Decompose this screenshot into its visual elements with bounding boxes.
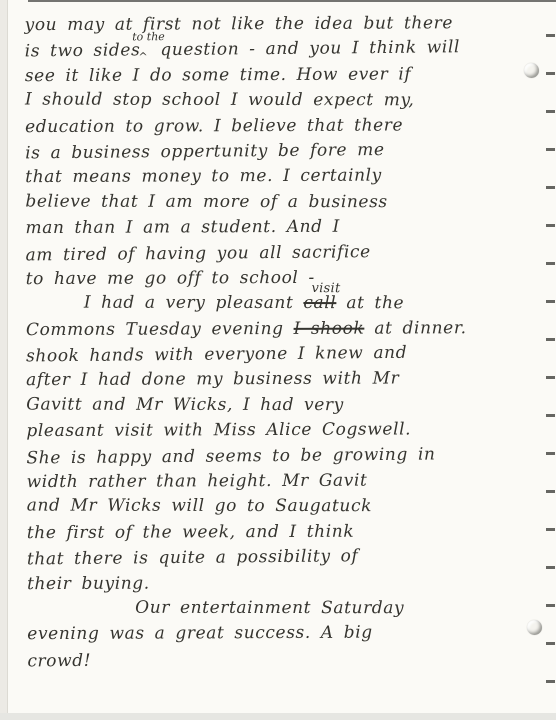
handwriting-line: to have me go off to school - [26, 265, 531, 293]
insertion-text: to the [132, 24, 165, 50]
caret-icon: ^ [138, 45, 148, 70]
struck-word: I shook [294, 318, 365, 338]
line-text: Our entertainment Saturday [135, 598, 404, 618]
handwriting-line: that there is quite a possibility of [27, 543, 532, 573]
handwriting-line: believe that I am more of a business [25, 189, 530, 215]
scanned-letter-screenshot: { "document": { "kind": "handwritten cur… [0, 0, 556, 720]
handwriting-line: see it like I do some time. How ever if [25, 62, 530, 90]
line-text: that means money to me. I certainly [25, 166, 382, 188]
handwriting-line: that means money to me. I certainly [25, 163, 530, 191]
letter-body: you may at first not like the idea but t… [25, 11, 533, 673]
handwriting-line: pleasant visit with Miss Alice Cogswell. [26, 417, 531, 445]
handwriting-line: She is happy and seems to be growing in [26, 441, 531, 471]
line-text: to have me go off to school - [26, 268, 315, 289]
handwriting-line: their buying. [27, 569, 532, 597]
line-text: question - and you I think will [160, 38, 460, 61]
handwriting-line: after I had done my business with Mr [26, 366, 531, 394]
line-text: width rather than height. Mr Gavit [27, 471, 368, 492]
line-text: after I had done my business with Mr [26, 369, 399, 391]
handwriting-line: man than I am a student. And I [25, 214, 530, 242]
handwriting-line: Our entertainment Saturday [27, 596, 532, 622]
handwriting-line: is two sidesto the^question - and you I … [25, 35, 530, 65]
letter-page: you may at first not like the idea but t… [0, 0, 556, 713]
handwriting-line: education to grow. I believe that there [25, 112, 530, 140]
line-text: is a business oppertunity be fore me [25, 140, 385, 163]
handwriting-line: crowd! [27, 644, 532, 674]
correction-superscript: visit [311, 276, 340, 301]
line-text: that there is quite a possibility of [27, 546, 359, 569]
line-text: She is happy and seems to be growing in [26, 444, 435, 468]
line-text: Gavitt and Mr Wicks, I had very [26, 394, 344, 415]
line-text: their buying. [27, 573, 150, 594]
handwriting-line: I had a very pleasant visitcall at the [26, 291, 531, 317]
line-text: shook hands with everyone I knew and [26, 343, 407, 367]
line-text: I should stop school I would expect my, [25, 90, 415, 111]
line-text: crowd! [27, 651, 91, 672]
line-text: man than I am a student. And I [25, 217, 340, 238]
handwriting-line: shook hands with everyone I knew and [26, 340, 531, 370]
line-text: at dinner. [364, 318, 466, 338]
handwriting-line: I should stop school I would expect my, [25, 88, 530, 114]
scan-edge-top [28, 0, 556, 2]
line-text: you may at first not like the idea but t… [25, 13, 453, 35]
handwriting-line: am tired of having you all sacrifice [26, 238, 531, 268]
handwriting-line: is a business oppertunity be fore me [25, 137, 530, 167]
correction: visitcall [303, 291, 336, 316]
handwriting-line: Gavitt and Mr Wicks, I had very [26, 392, 531, 418]
line-text: believe that I am more of a business [25, 191, 387, 212]
line-text: and Mr Wicks will go to Saugatuck [27, 496, 372, 517]
line-text: the first of the week, and I think [27, 521, 354, 542]
handwriting-line: evening was a great success. A big [27, 620, 532, 648]
handwriting-line: the first of the week, and I think [27, 519, 532, 547]
handwriting-line: width rather than height. Mr Gavit [27, 468, 532, 496]
line-text: education to grow. I believe that there [25, 115, 403, 137]
handwriting-line: Commons Tuesday evening I shook at dinne… [26, 316, 531, 344]
line-text: evening was a great success. A big [27, 623, 373, 645]
handwriting-line: and Mr Wicks will go to Saugatuck [27, 494, 532, 520]
line-text: see it like I do some time. How ever if [25, 64, 411, 86]
line-text: at the [336, 293, 404, 313]
line-text: I had a very pleasant [84, 293, 304, 313]
line-text: pleasant visit with Miss Alice Cogswell. [26, 420, 411, 442]
inserted-phrase: to the^ [140, 39, 160, 56]
line-text: is two sides [25, 41, 141, 62]
scan-edge-left [0, 0, 8, 713]
torn-binding-edge [546, 6, 555, 699]
line-text: am tired of having you all sacrifice [26, 242, 371, 265]
line-text: Commons Tuesday evening [26, 319, 294, 340]
